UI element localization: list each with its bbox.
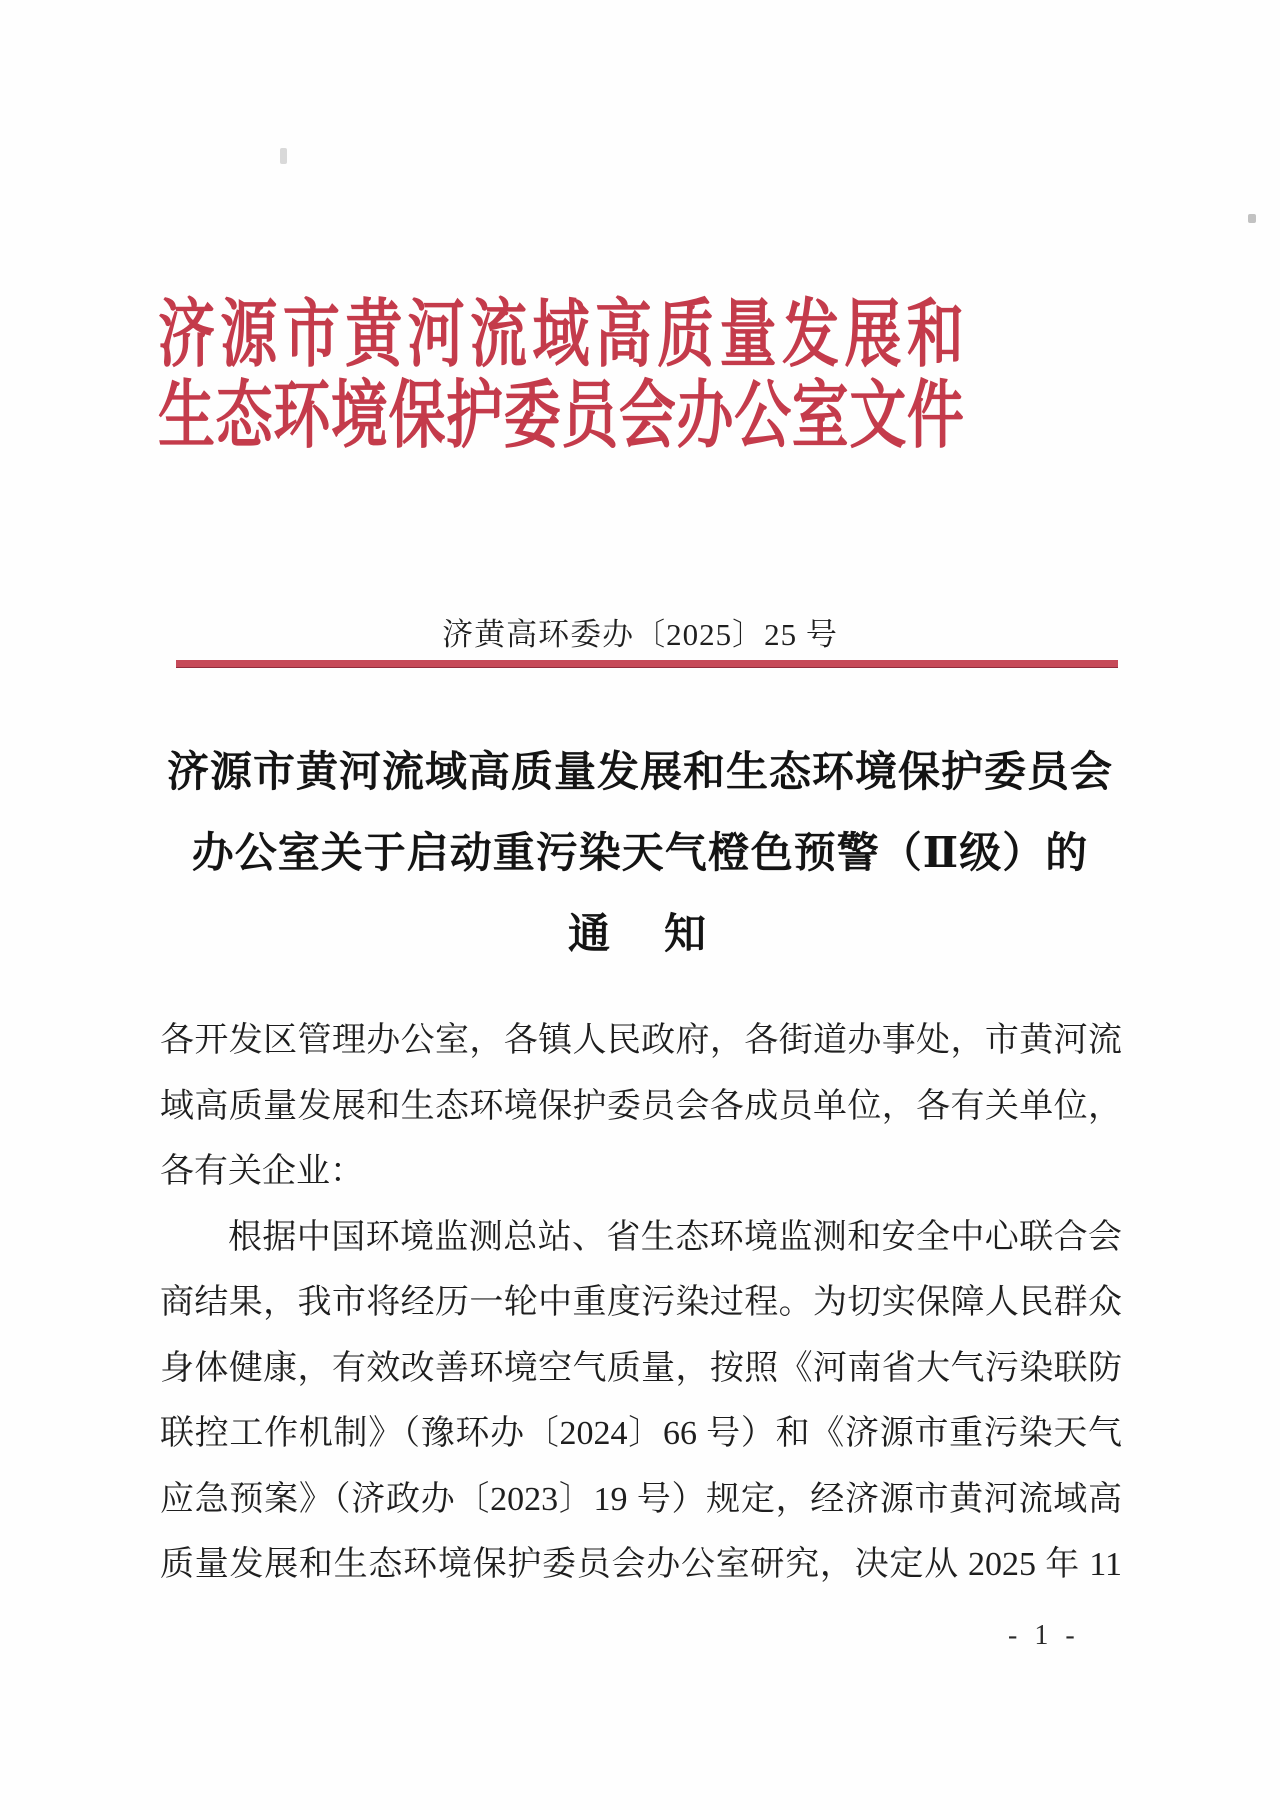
scan-artifact [1248, 214, 1256, 223]
red-divider-rule [176, 660, 1118, 668]
body-line: 各有关企业： [160, 1139, 1122, 1205]
body-line: 身体健康，有效改善环境空气质量，按照《河南省大气污染联防 [160, 1336, 1122, 1402]
document-title: 济源市黄河流域高质量发展和生态环境保护委员会 办公室关于启动重污染天气橙色预警（… [0, 733, 1280, 976]
body-line: 商结果，我市将经历一轮中重度污染过程。为切实保障人民群众 [160, 1270, 1122, 1336]
body-line: 联控工作机制》（豫环办〔2024〕66 号）和《济源市重污染天气 [160, 1401, 1122, 1467]
body-line: 根据中国环境监测总站、省生态环境监测和安全中心联合会 [160, 1205, 1122, 1271]
body-line: 域高质量发展和生态环境保护委员会各成员单位，各有关单位， [160, 1074, 1122, 1140]
page-number: - 1 - [1008, 1616, 1080, 1656]
body-line: 各开发区管理办公室，各镇人民政府，各街道办事处，市黄河流 [160, 1008, 1122, 1074]
issuing-org-letterhead: 济源市黄河流域高质量发展和 生态环境保护委员会办公室文件 [158, 296, 964, 457]
document-number: 济黄高环委办〔2025〕25 号 [0, 612, 1280, 658]
document-page: 济源市黄河流域高质量发展和 生态环境保护委员会办公室文件 济黄高环委办〔2025… [0, 0, 1280, 1810]
body-line: 应急预案》（济政办〔2023〕19 号）规定，经济源市黄河流域高 [160, 1467, 1122, 1533]
org-name-line-1: 济源市黄河流域高质量发展和 [158, 296, 964, 377]
title-notice-word: 通 知 [0, 895, 1280, 976]
title-line-1: 济源市黄河流域高质量发展和生态环境保护委员会 [0, 733, 1280, 814]
scan-artifact [280, 148, 287, 164]
org-name-line-2: 生态环境保护委员会办公室文件 [158, 377, 964, 458]
body-line: 质量发展和生态环境保护委员会办公室研究，决定从 2025 年 11 [160, 1532, 1122, 1598]
document-body: 各开发区管理办公室，各镇人民政府，各街道办事处，市黄河流 域高质量发展和生态环境… [160, 1008, 1122, 1598]
title-line-2: 办公室关于启动重污染天气橙色预警（Ⅱ级）的 [0, 814, 1280, 895]
